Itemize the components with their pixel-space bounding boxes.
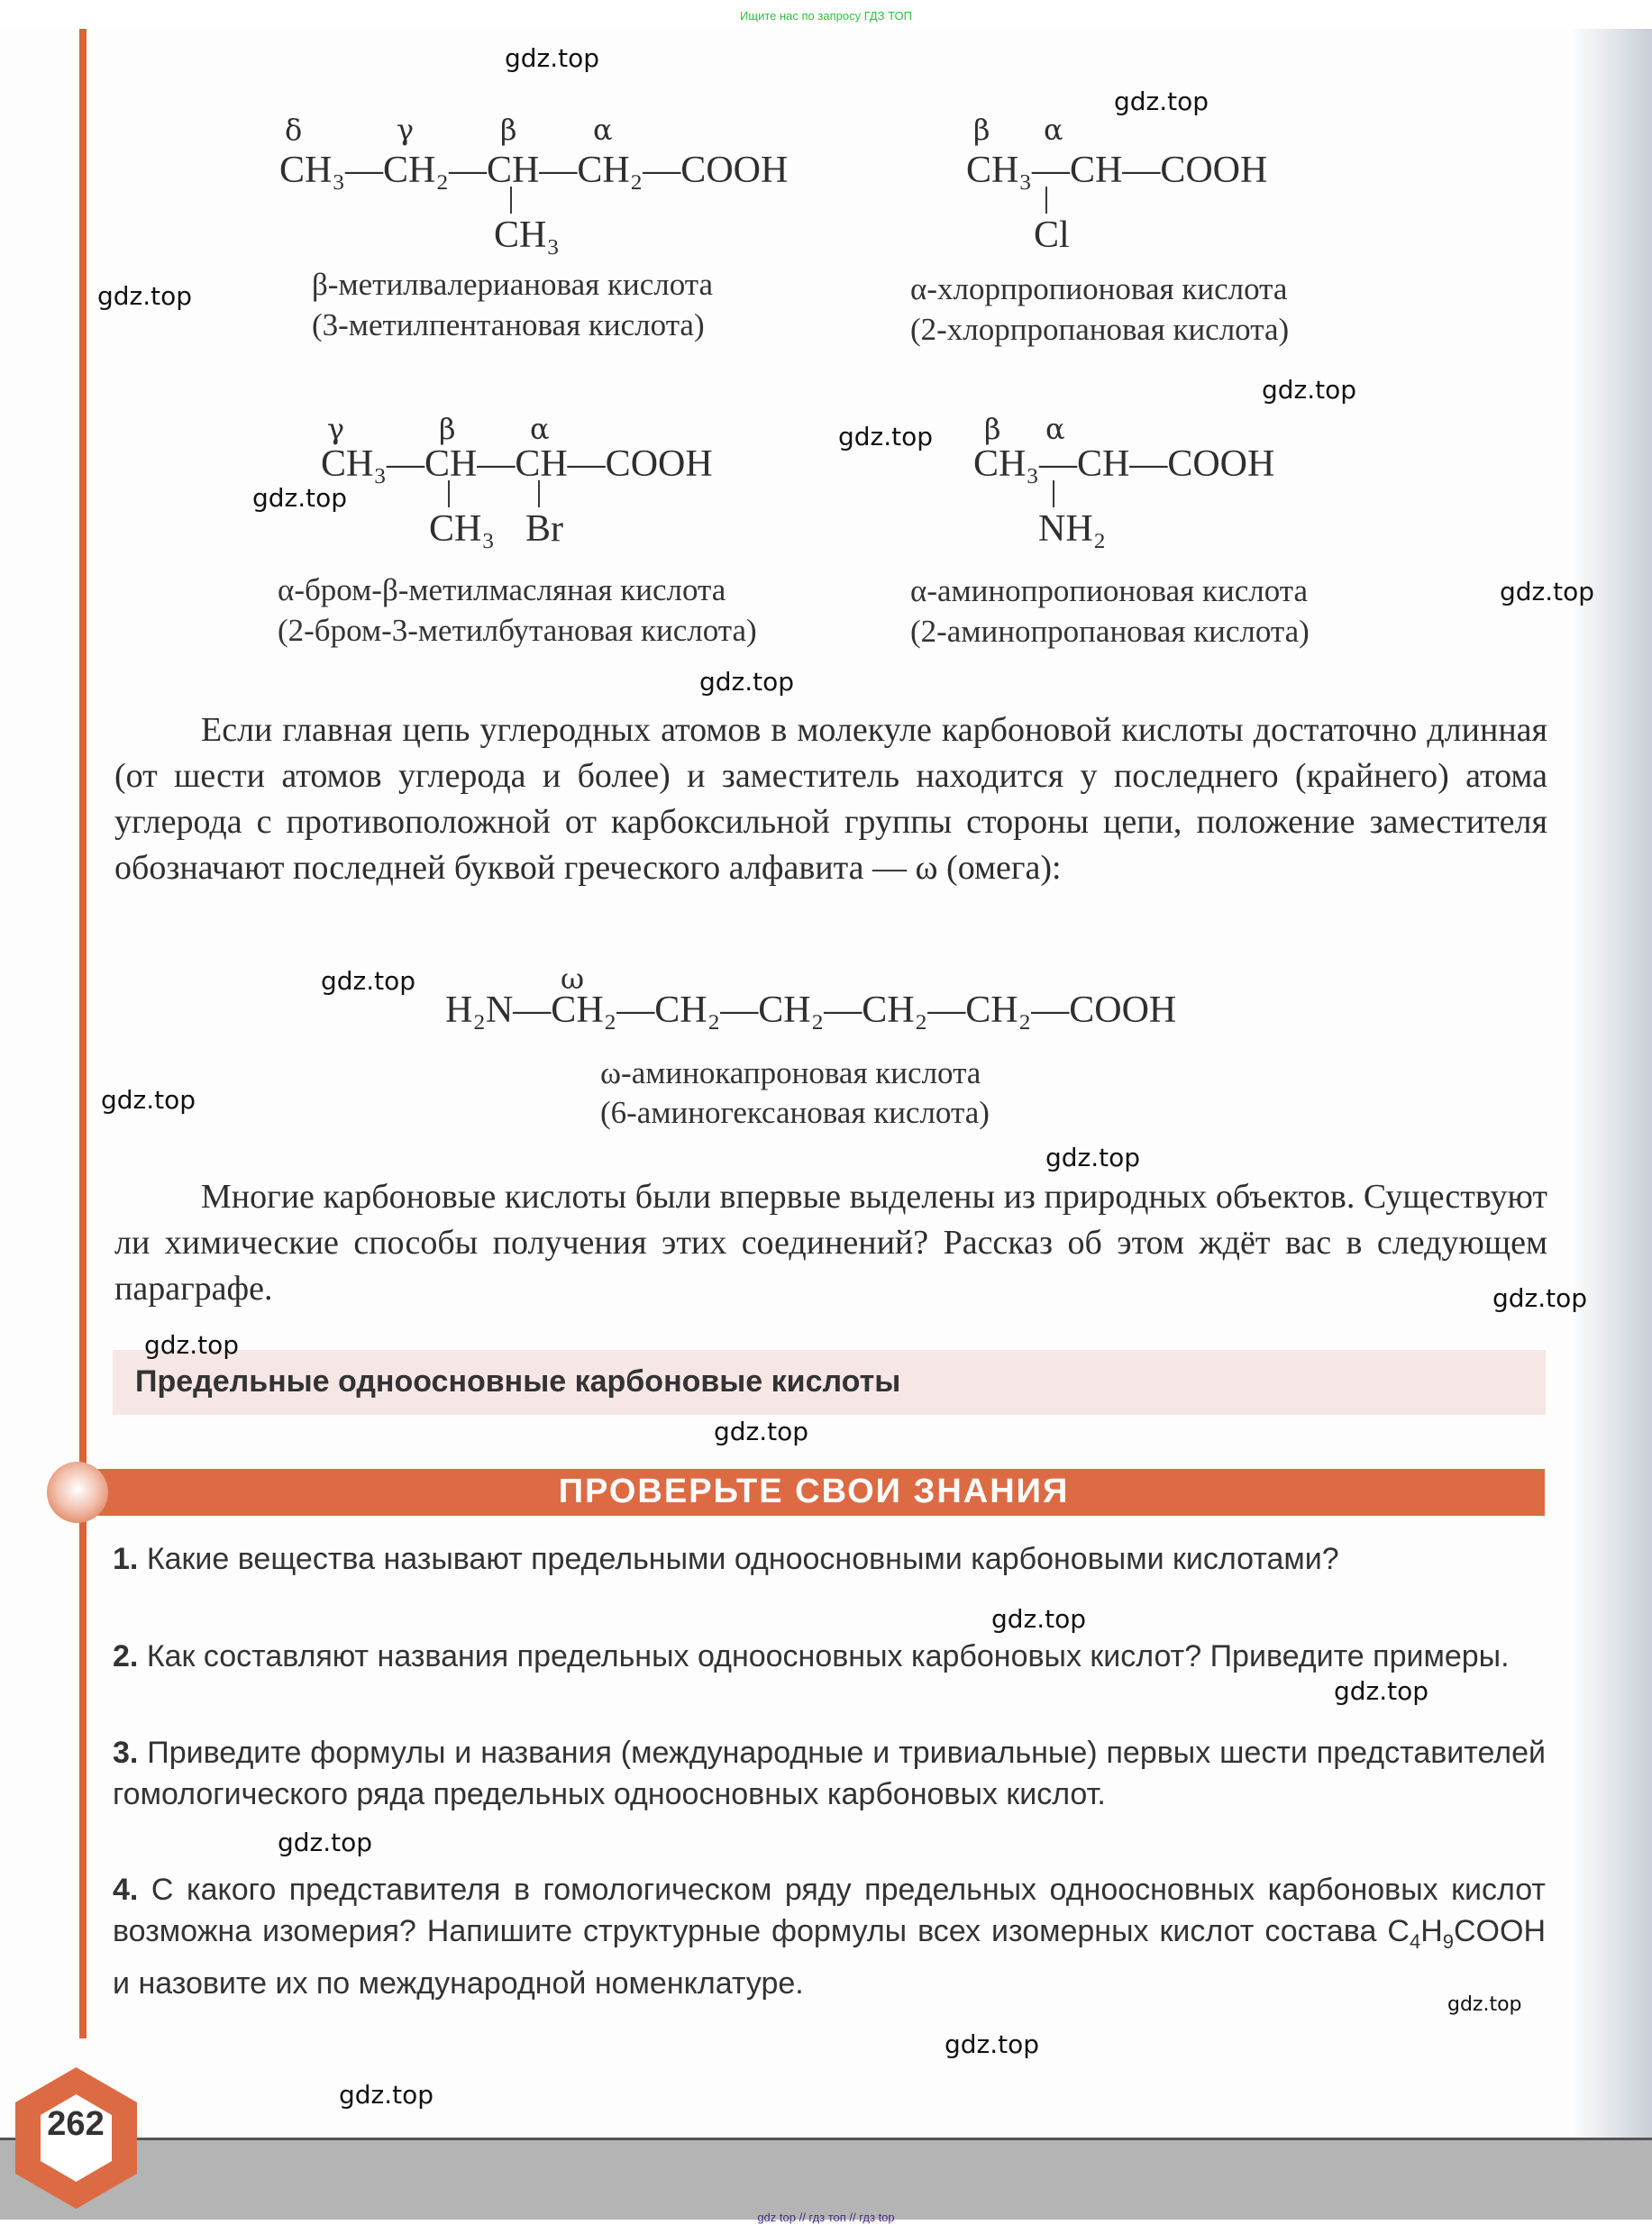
greek-gamma: γ [397, 115, 414, 144]
page-number: 262 [25, 2105, 126, 2144]
greek-alpha: α [1044, 115, 1063, 144]
watermark: gdz.top [252, 483, 347, 513]
watermark: gdz.top [1262, 375, 1356, 405]
structural-formula-branch-1: CH₃ [429, 510, 495, 548]
compound-iupac-name: (2-бром-3-метилбутановая кислота) [278, 610, 757, 652]
greek-alpha: α [530, 415, 550, 443]
question-text: Приведите формулы и названия (международ… [113, 1736, 1546, 1811]
structural-formula-main: CH₃—CH—CH—COOH [321, 445, 713, 483]
question-text: Как составляют названия предельных одноо… [147, 1639, 1510, 1673]
bond-vertical [510, 187, 512, 214]
watermark: gdz.top [1045, 1143, 1140, 1172]
greek-gamma: γ [327, 415, 344, 443]
greek-alpha: α [593, 115, 613, 144]
section-title: Предельные одноосновные карбоновые кисло… [135, 1364, 900, 1400]
margin-accent-line [79, 29, 87, 2038]
question-number: 4. [113, 1873, 138, 1907]
question-2: 2. Как составляют названия предельных од… [113, 1636, 1546, 1677]
watermark: gdz.top [505, 43, 599, 73]
watermark: gdz.top [1447, 1993, 1522, 2016]
compound-iupac-name: (2-хлорпропановая кислота) [910, 309, 1289, 351]
question-number: 1. [113, 1542, 138, 1576]
watermark: gdz.top [945, 2029, 1039, 2059]
subscript: 4 [1410, 1930, 1420, 1953]
compound-name: α-хлорпропионовая кислота [910, 269, 1287, 310]
structural-formula-main: CH₃—CH—COOH [966, 151, 1267, 189]
structural-formula-branch-2: Br [525, 510, 563, 548]
bottom-banner: gdz top // гдз топ // гдз top [0, 2211, 1652, 2224]
structural-formula-branch: CH₃ [494, 216, 560, 254]
watermark: gdz.top [699, 667, 794, 697]
greek-beta: β [984, 415, 1001, 443]
structural-formula-main: CH₃—CH₂—CH—CH₂—COOH [279, 151, 788, 189]
body-paragraph-1: Если главная цепь углеродных атомов в мо… [114, 707, 1547, 891]
question-text: С какого представителя в гомологическом … [113, 1873, 1546, 1948]
bond-vertical [1053, 480, 1054, 507]
greek-alpha: α [1045, 415, 1065, 443]
question-text: H [1420, 1914, 1443, 1948]
compound-name: α-бром-β-метилмасляная кислота [278, 570, 726, 611]
page-binding-shadow [1571, 29, 1652, 2156]
structural-formula-main: H₂N—CH₂—CH₂—CH₂—CH₂—CH₂—COOH [445, 991, 1176, 1029]
watermark: gdz.top [321, 966, 415, 996]
compound-name: α-аминопропионовая кислота [910, 570, 1308, 612]
question-3: 3. Приведите формулы и названия (междуна… [113, 1732, 1546, 1815]
watermark: gdz.top [991, 1604, 1086, 1634]
paragraph-text: Многие карбоновые кислоты были впервые в… [114, 1174, 1547, 1312]
compound-name: ω-аминокапроновая кислота [600, 1053, 981, 1094]
greek-beta: β [439, 415, 456, 443]
bond-vertical [538, 480, 540, 507]
top-banner: Ищите нас по запросу ГДЗ ТОП [0, 9, 1652, 23]
watermark: gdz.top [101, 1085, 196, 1115]
greek-delta: δ [285, 115, 302, 144]
footer-band [0, 2138, 1652, 2220]
watermark: gdz.top [1334, 1676, 1428, 1706]
watermark: gdz.top [97, 281, 192, 311]
watermark: gdz.top [838, 422, 933, 451]
structural-formula-branch: Cl [1034, 216, 1070, 254]
question-text: Какие вещества называют предельными одно… [147, 1542, 1339, 1576]
body-paragraph-2: Многие карбоновые кислоты были впервые в… [114, 1174, 1547, 1312]
watermark: gdz.top [144, 1330, 239, 1360]
subscript: 9 [1443, 1930, 1454, 1953]
structural-formula-branch: NH₂ [1038, 510, 1106, 548]
compound-iupac-name: (3-метилпентановая кислота) [312, 305, 705, 346]
compound-iupac-name: (2-аминопропановая кислота) [910, 611, 1310, 652]
compound-name: β-метилвалериановая кислота [312, 264, 713, 305]
greek-beta: β [500, 115, 517, 144]
greek-beta: β [973, 115, 990, 144]
paragraph-text: Если главная цепь углеродных атомов в мо… [114, 707, 1547, 891]
question-1: 1. Какие вещества называют предельными о… [113, 1538, 1546, 1580]
watermark: gdz.top [339, 2080, 434, 2110]
compound-iupac-name: (6-аминогексановая кислота) [600, 1092, 990, 1134]
watermark: gdz.top [1114, 87, 1209, 116]
check-knowledge-title: ПРОВЕРЬТЕ СВОИ ЗНАНИЯ [83, 1473, 1545, 1511]
structural-formula-main: CH₃—CH—COOH [973, 445, 1274, 483]
watermark: gdz.top [278, 1828, 372, 1857]
question-4: 4. С какого представителя в гомологическ… [113, 1869, 1546, 2004]
bond-vertical [448, 480, 450, 507]
watermark: gdz.top [714, 1417, 808, 1446]
watermark: gdz.top [1500, 577, 1594, 606]
question-number: 3. [113, 1736, 138, 1770]
bond-vertical [1045, 187, 1047, 214]
question-number: 2. [113, 1639, 138, 1673]
watermark: gdz.top [1492, 1283, 1587, 1313]
